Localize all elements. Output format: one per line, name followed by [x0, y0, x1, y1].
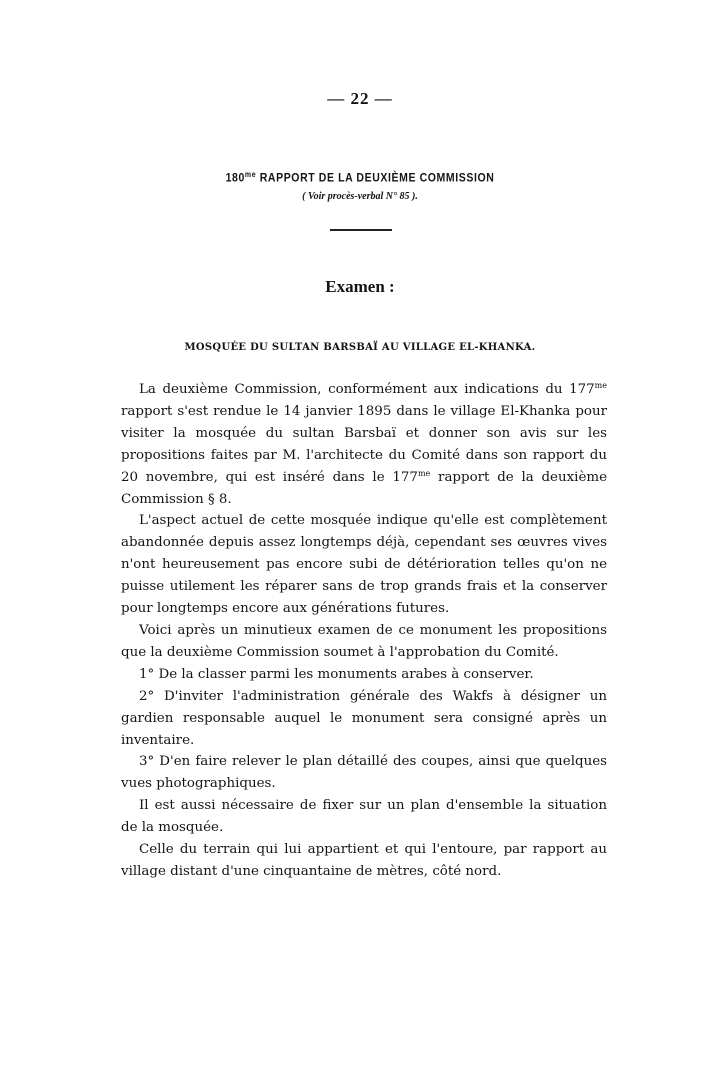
report-title-text: RAPPORT DE LA DEUXIÈME COMMISSION	[256, 171, 494, 185]
page-number: — 22 —	[0, 89, 720, 109]
paragraph-3: Voici après un minutieux examen de ce mo…	[121, 620, 607, 664]
paragraph-1-text-a: La deuxième Commission, conformément aux…	[139, 382, 595, 397]
paragraph-1: La deuxième Commission, conformément aux…	[121, 379, 607, 510]
report-reference: ( Voir procès-verbal N° 85 ).	[0, 191, 720, 202]
report-title: 180me RAPPORT DE LA DEUXIÈME COMMISSION	[0, 171, 720, 185]
list-item-2: 2° D'inviter l'administration générale d…	[121, 686, 607, 752]
paragraph-2: L'aspect actuel de cette mosquée indique…	[121, 510, 607, 620]
ordinal-suffix: me	[418, 469, 430, 478]
ordinal-suffix: me	[595, 381, 607, 390]
report-number: 180	[226, 171, 245, 185]
paragraph-4: Il est aussi nécessaire de fixer sur un …	[121, 795, 607, 839]
separator-rule	[330, 229, 392, 231]
subject-heading: MOSQUÉE DU SULTAN BARSBAÏ AU VILLAGE EL-…	[0, 342, 720, 353]
section-heading: Examen :	[0, 277, 720, 297]
list-item-1: 1° De la classer parmi les monuments ara…	[121, 664, 607, 686]
list-item-3: 3° D'en faire relever le plan détaillé d…	[121, 751, 607, 795]
ordinal-suffix: me	[245, 171, 256, 179]
body-text: La deuxième Commission, conformément aux…	[121, 379, 607, 883]
paragraph-5: Celle du terrain qui lui appartient et q…	[121, 839, 607, 883]
